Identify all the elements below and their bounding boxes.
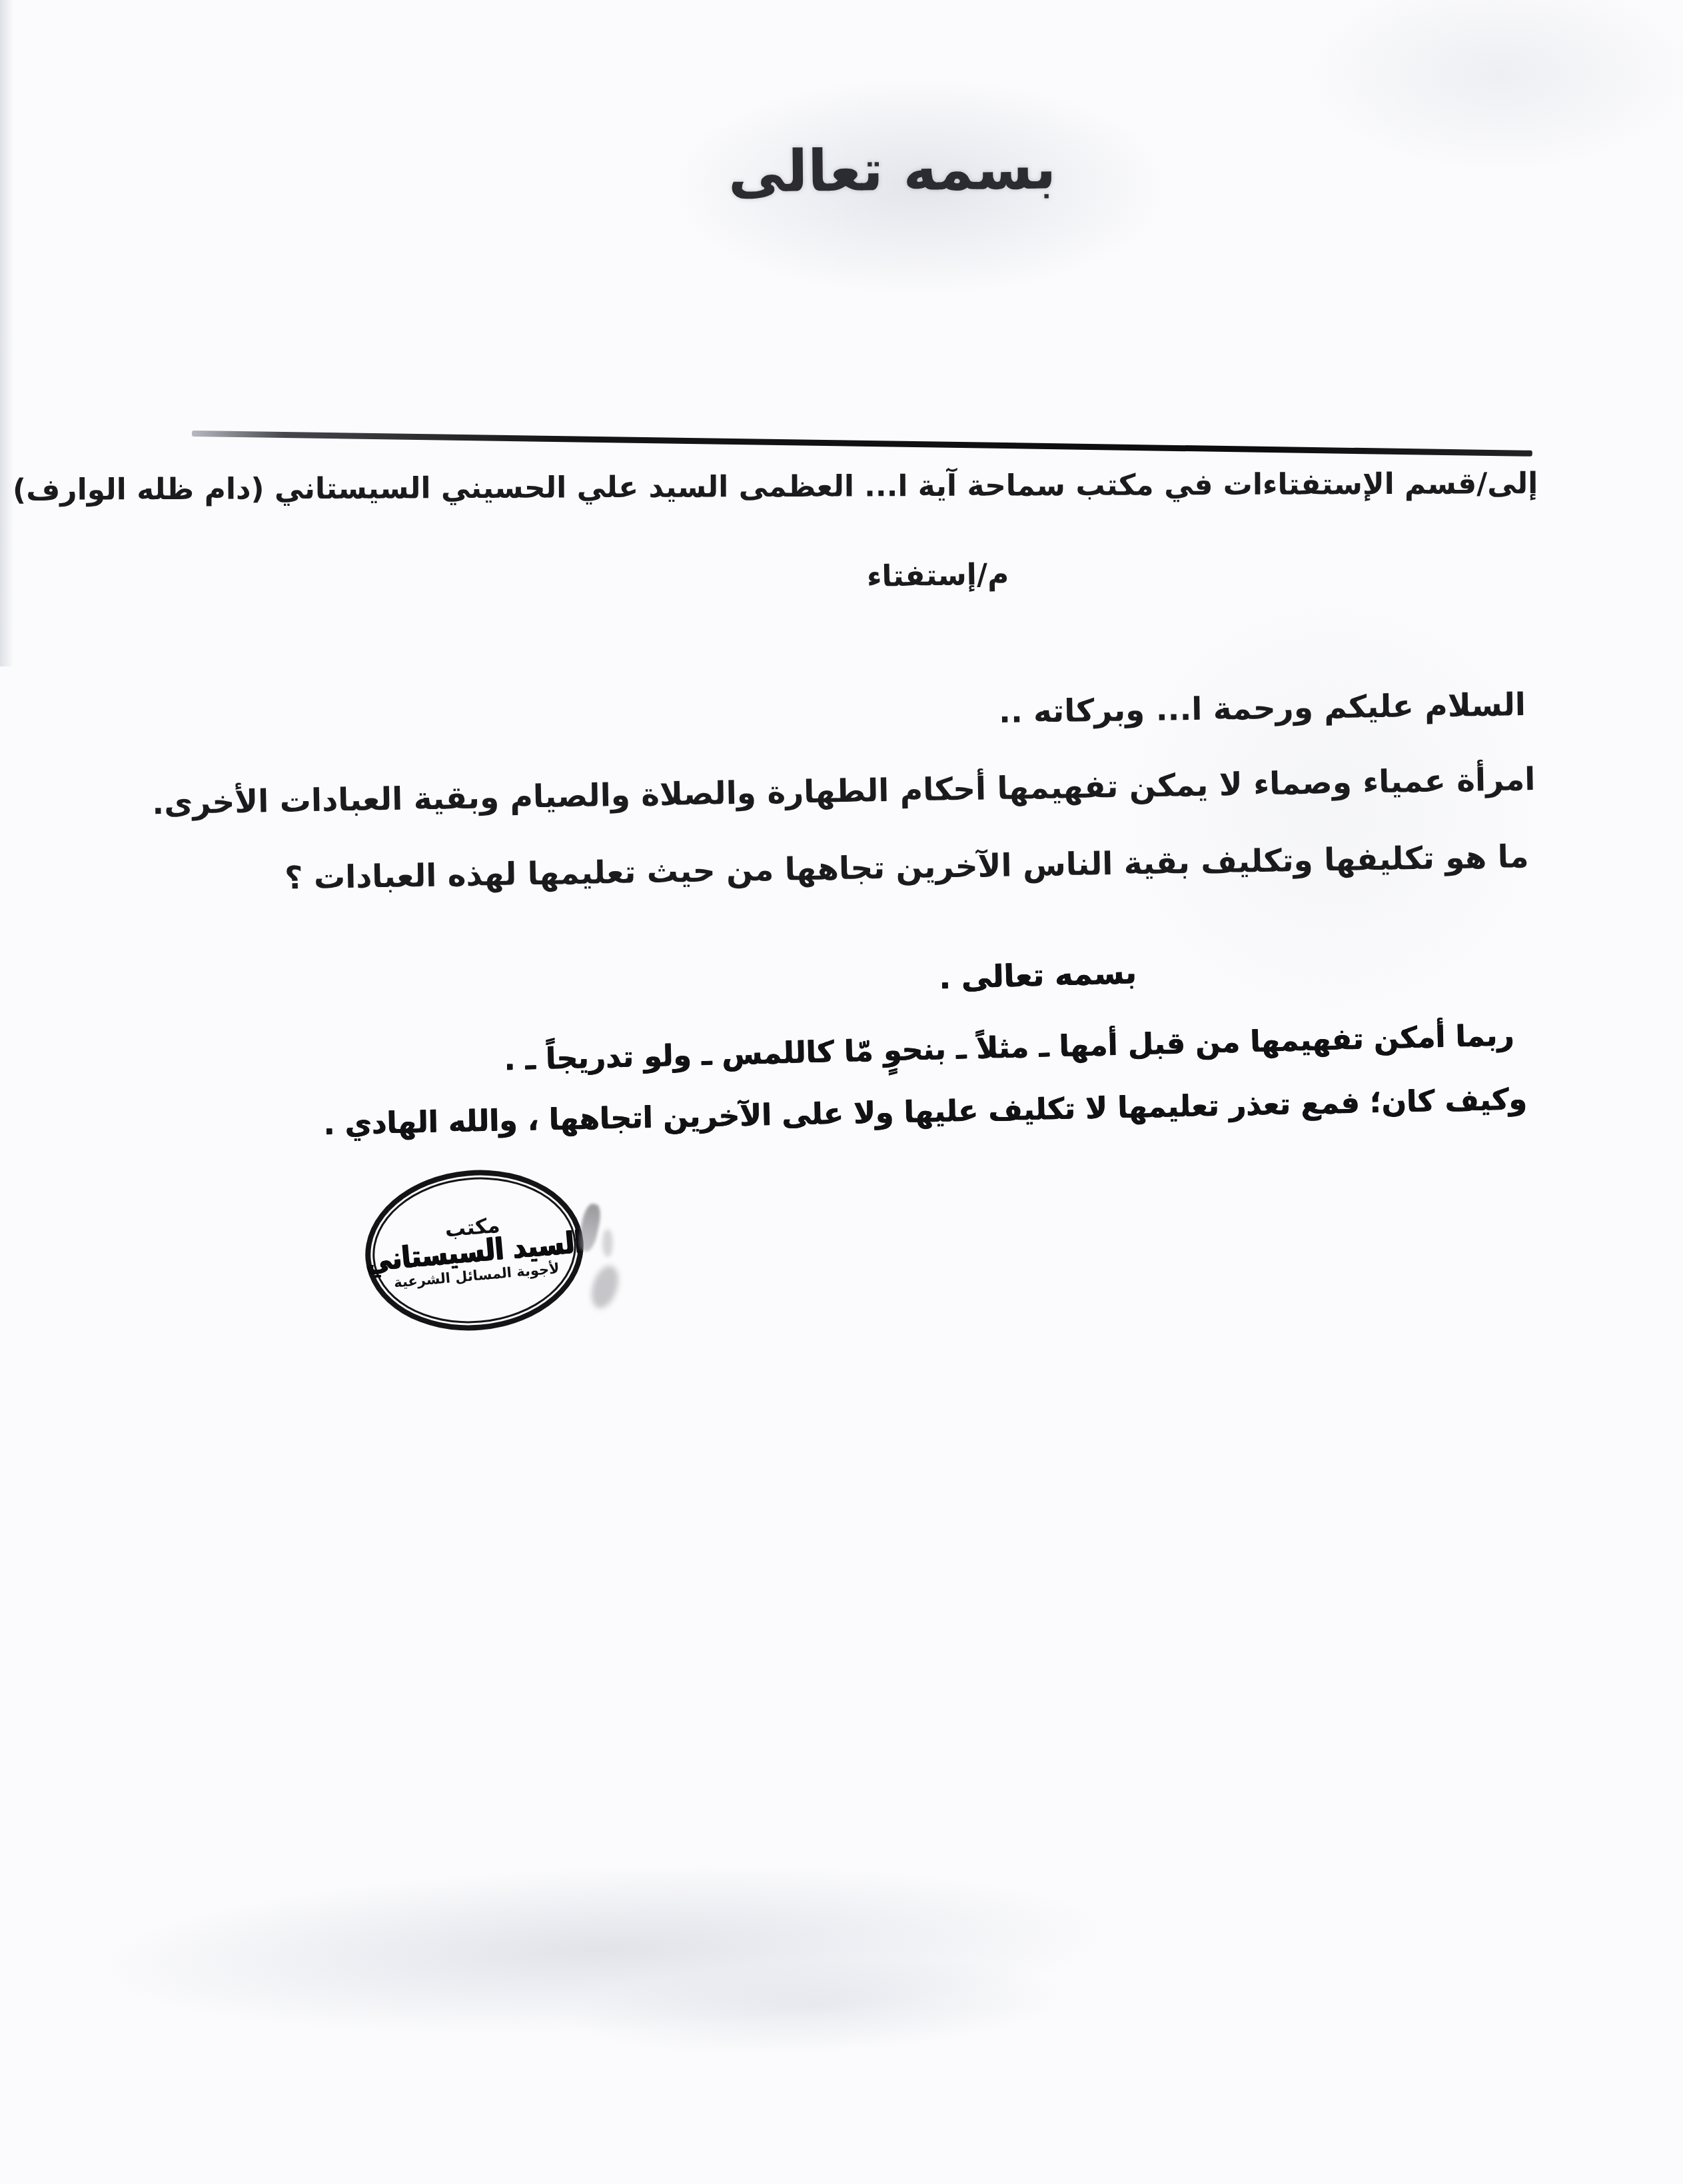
question-line-1: امرأة عمياء وصماء لا يمكن تفهيمها أحكام … — [151, 761, 1535, 822]
scan-shadow-bottom-2 — [564, 1946, 1075, 2066]
ink-smudge-3 — [602, 1229, 613, 1257]
scanned-letter-page: بسمه تعالى إلى/قسم الإستفتاءات في مكتب س… — [0, 0, 1683, 2184]
scan-haze-middle — [1099, 573, 1566, 1040]
scan-haze-left-edge — [0, 0, 13, 666]
answer-line-2: وكيف كان؛ فمع تعذر تعليمها لا تكليف عليه… — [323, 1082, 1527, 1142]
scan-haze-top-right — [1299, 0, 1683, 173]
divider-line — [192, 431, 1532, 457]
question-line-2: ما هو تكليفها وتكليف بقية الناس الآخرين … — [284, 838, 1528, 897]
answer-line-1: ربما أمكن تفهيمها من قبل أمها ـ مثلاً ـ … — [504, 1018, 1514, 1077]
greeting-line: السلام عليكم ورحمة ا... وبركاته .. — [999, 686, 1526, 730]
subject-line: م/إستفتاء — [866, 557, 1009, 594]
addressee-line: إلى/قسم الإستفتاءات في مكتب سماحة آية ا.… — [13, 467, 1538, 507]
basmala-heading: بسمه تعالى — [736, 135, 1056, 205]
office-stamp-seal: مكتب السيد السيستاني لأجوبة المسائل الشر… — [358, 1161, 590, 1340]
answer-basmala: بسمه تعالى . — [939, 954, 1137, 996]
scan-shadow-bottom — [84, 1848, 1122, 2051]
ink-smudge-2 — [587, 1262, 624, 1312]
